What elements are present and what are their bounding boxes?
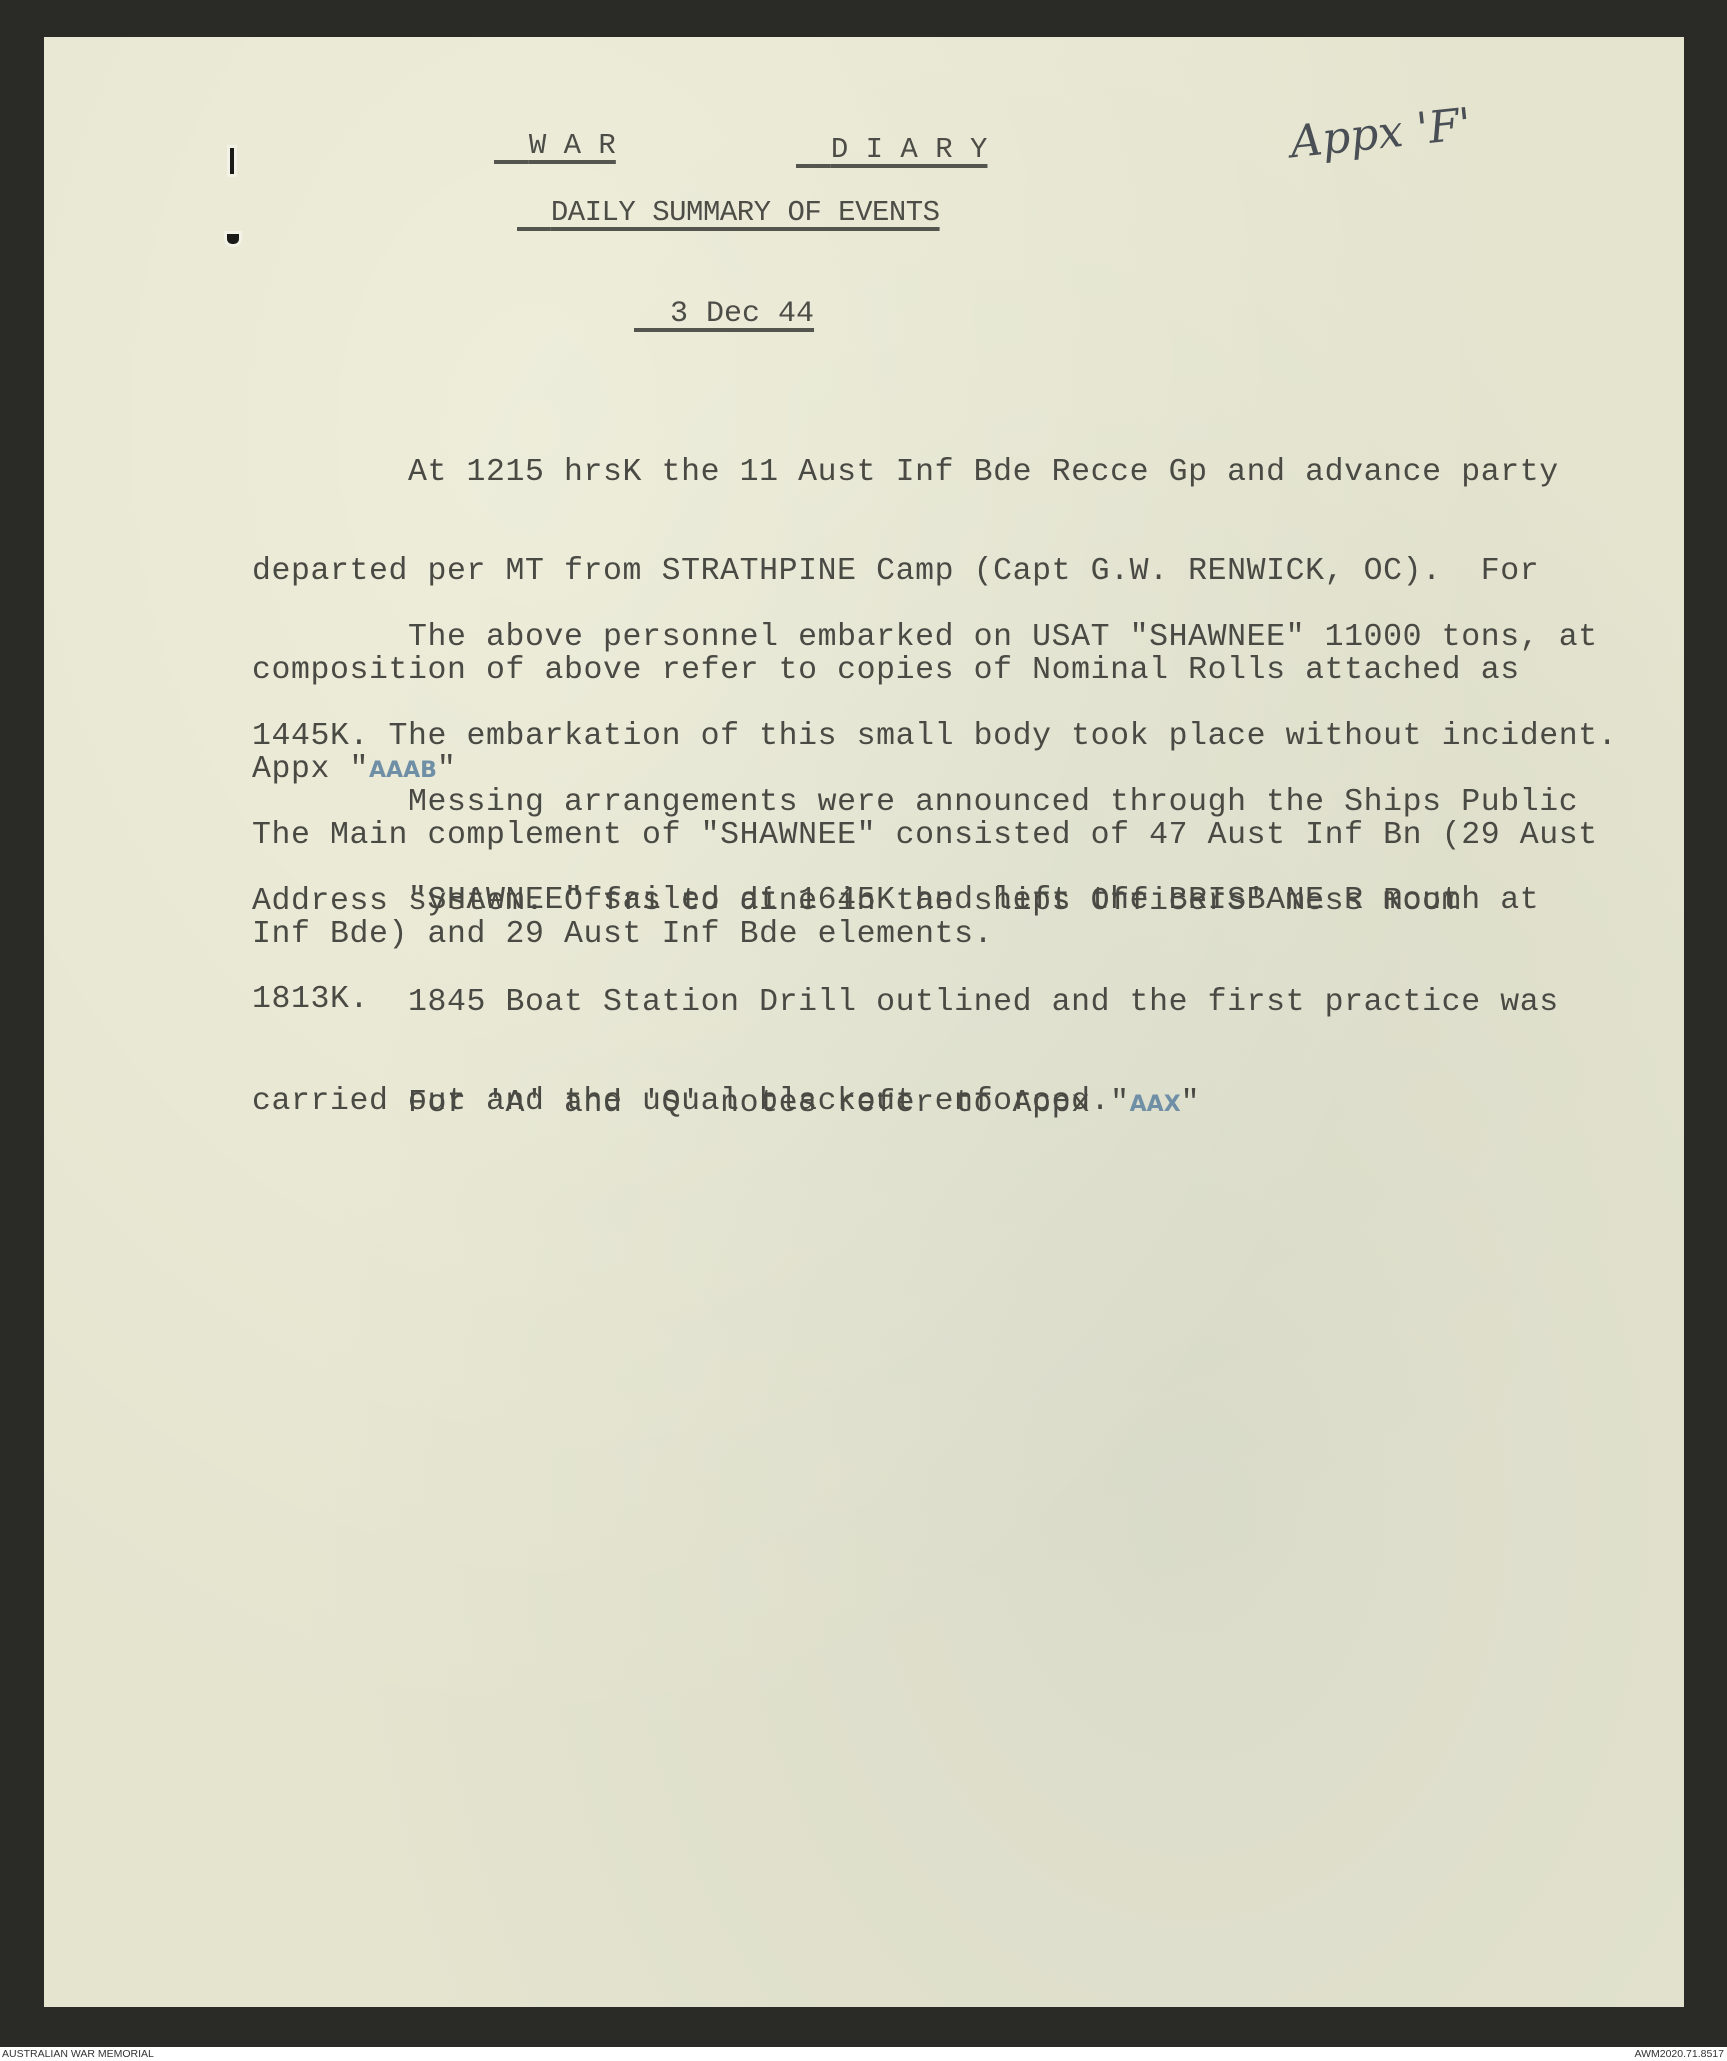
punch-hole-top	[227, 145, 237, 177]
paragraph-line: For 'A' and 'Q' notes refer to Appx "AAX…	[252, 1087, 1200, 1121]
paragraph-line: At 1215 hrsK the 11 Aust Inf Bde Recce G…	[252, 456, 1559, 489]
document-date: 3 Dec 44	[634, 263, 814, 331]
paragraph-6: For 'A' and 'Q' notes refer to Appx "AAX…	[252, 1021, 1200, 1154]
footer-catalog-id: AWM2020.71.8517	[1634, 2048, 1724, 2061]
subtitle-text: DAILY SUMMARY OF EVENTS	[551, 196, 940, 229]
footer-institution: AUSTRALIAN WAR MEMORIAL	[2, 2048, 154, 2061]
title-diary: D I A R Y	[796, 100, 987, 166]
paragraph-line: Messing arrangements were announced thro…	[252, 786, 1578, 819]
title-diary-text: D I A R Y	[831, 133, 988, 166]
paragraph-line: The above personnel embarked on USAT "SH…	[252, 621, 1617, 654]
paragraph-line: 1845 Boat Station Drill outlined and the…	[252, 986, 1559, 1019]
subtitle: DAILY SUMMARY OF EVENTS	[517, 163, 940, 229]
ink-annotation: AAX	[1130, 1092, 1181, 1117]
paragraph-line: "SHAWNEE" sailed at 1645K and left the B…	[252, 884, 1539, 917]
title-war-text: W A R	[529, 129, 616, 162]
punch-hole-bottom	[224, 231, 242, 247]
title-war: W A R	[494, 96, 616, 162]
date-text: 3 Dec 44	[670, 297, 814, 331]
